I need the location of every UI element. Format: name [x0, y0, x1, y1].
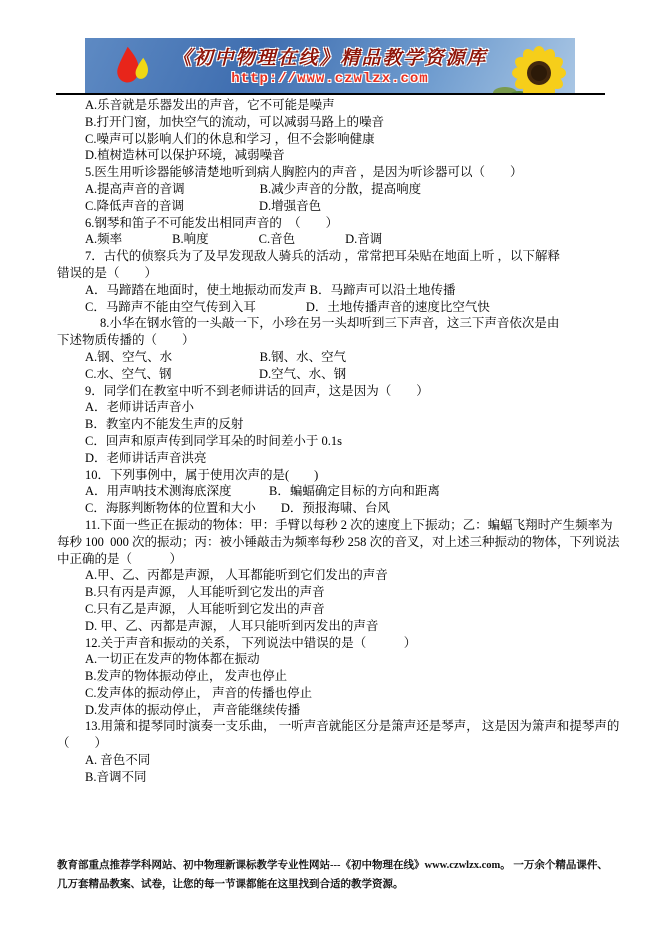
- document-line: A.频率 B.响度 C.音色 D.音调: [57, 231, 617, 248]
- document-line: B.发声的物体振动停止， 发声也停止: [57, 668, 617, 685]
- document-line: A.乐音就是乐器发出的声音，它不可能是噪声: [57, 97, 617, 114]
- document-line: D．老师讲话声音洪亮: [57, 450, 617, 467]
- document-line: 错误的是（ ）: [57, 265, 617, 282]
- document-line: 11.下面一些正在振动的物体：甲：手臂以每秒 2 次的速度上下振动；乙：蝙蝠飞翔…: [57, 517, 617, 534]
- document-line: 8.小华在钢水管的一头敲一下，小珍在另一头却听到三下声音，这三下声音依次是由: [57, 315, 617, 332]
- document-line: A．用声呐技术测海底深度 B．蝙蝠确定目标的方向和距离: [57, 483, 617, 500]
- document-line: 10．下列事例中，属于使用次声的是( ): [57, 467, 617, 484]
- document-line: 中正确的是（ ）: [57, 551, 617, 568]
- document-line: B．教室内不能发生声的反射: [57, 416, 617, 433]
- header-banner: 《初中物理在线》精品教学资源库 http://www.czwlzx.com: [85, 38, 575, 93]
- document-line: 下述物质传播的（ ）: [57, 332, 617, 349]
- document-line: A.一切正在发声的物体都在振动: [57, 651, 617, 668]
- document-line: 13.用箫和提琴同时演奏一支乐曲， 一听声音就能区分是箫声还是琴声， 这是因为箫…: [57, 718, 617, 735]
- document-line: A．老师讲话声音小: [57, 399, 617, 416]
- document-line: A.甲、乙、丙都是声源， 人耳都能听到它们发出的声音: [57, 567, 617, 584]
- document-line: C.降低声音的音调 D.增强音色: [57, 198, 617, 215]
- document-line: C．回声和原声传到同学耳朵的时间差小于 0.1s: [57, 433, 617, 450]
- document-line: D.发声体的振动停止， 声音能继续传播: [57, 702, 617, 719]
- document-line: C.水、空气、钢 D.空气、水、钢: [57, 366, 617, 383]
- document-line: 9．同学们在教室中听不到老师讲话的回声，这是因为（ ）: [57, 383, 617, 400]
- document-line: 5.医生用听诊器能够清楚地听到病人胸腔内的声音 ，是因为听诊器可以（ ）: [57, 164, 617, 181]
- document-line: C.发声体的振动停止， 声音的传播也停止: [57, 685, 617, 702]
- document-line: A.钢、空气、水 B.钢、水、空气: [57, 349, 617, 366]
- footer-note: 教育部重点推荐学科网站、初中物理新课标教学专业性网站---《初中物理在线》www…: [57, 856, 617, 894]
- sunflower-icon: [493, 38, 575, 93]
- document-line: A．马蹄踏在地面时，使土地振动而发声 B．马蹄声可以沿土地传播: [57, 282, 617, 299]
- document-line: B.音调不同: [57, 769, 617, 786]
- header-divider: [56, 93, 605, 95]
- document-line: 7．古代的侦察兵为了及早发现敌人骑兵的活动 ，常常把耳朵贴在地面上听 ，以下解释: [57, 248, 617, 265]
- document-line: C．海豚判断物体的位置和大小 D．预报海啸、台风: [57, 500, 617, 517]
- document-line: C.噪声可以影响人们的休息和学习 ，但不会影响健康: [57, 131, 617, 148]
- document-line: （ ）: [57, 735, 617, 752]
- footer-line-1: 教育部重点推荐学科网站、初中物理新课标教学专业性网站---《初中物理在线》www…: [57, 856, 617, 875]
- question-text-block: A.乐音就是乐器发出的声音，它不可能是噪声B.打开门窗，加快空气的流动，可以减弱…: [57, 97, 617, 786]
- footer-line-2: 几万套精品教案、试卷，让您的每一节课都能在这里找到合适的教学资源。: [57, 875, 617, 894]
- document-line: C．马蹄声不能由空气传到入耳 D．土地传播声音的速度比空气快: [57, 299, 617, 316]
- document-page: 《初中物理在线》精品教学资源库 http://www.czwlzx.com: [0, 0, 661, 936]
- document-line: D. 甲、乙、丙都是声源， 人耳只能听到丙发出的声音: [57, 618, 617, 635]
- document-line: 12.关于声音和振动的关系， 下列说法中错误的是（ ）: [57, 635, 617, 652]
- document-line: B.只有丙是声源， 人耳能听到它发出的声音: [57, 584, 617, 601]
- document-line: B.打开门窗，加快空气的流动，可以减弱马路上的噪音: [57, 114, 617, 131]
- document-line: D.植树造林可以保护环境，减弱噪音: [57, 147, 617, 164]
- document-line: A.提高声音的音调 B.减少声音的分散，提高响度: [57, 181, 617, 198]
- document-line: C.只有乙是声源， 人耳能听到它发出的声音: [57, 601, 617, 618]
- document-line: 每秒 100 000 次的振动；丙：被小锤敲击为频率每秒 258 次的音叉，对上…: [57, 534, 617, 551]
- document-line: 6.钢琴和笛子不可能发出相同声音的 （ ）: [57, 215, 617, 232]
- document-line: A. 音色不同: [57, 752, 617, 769]
